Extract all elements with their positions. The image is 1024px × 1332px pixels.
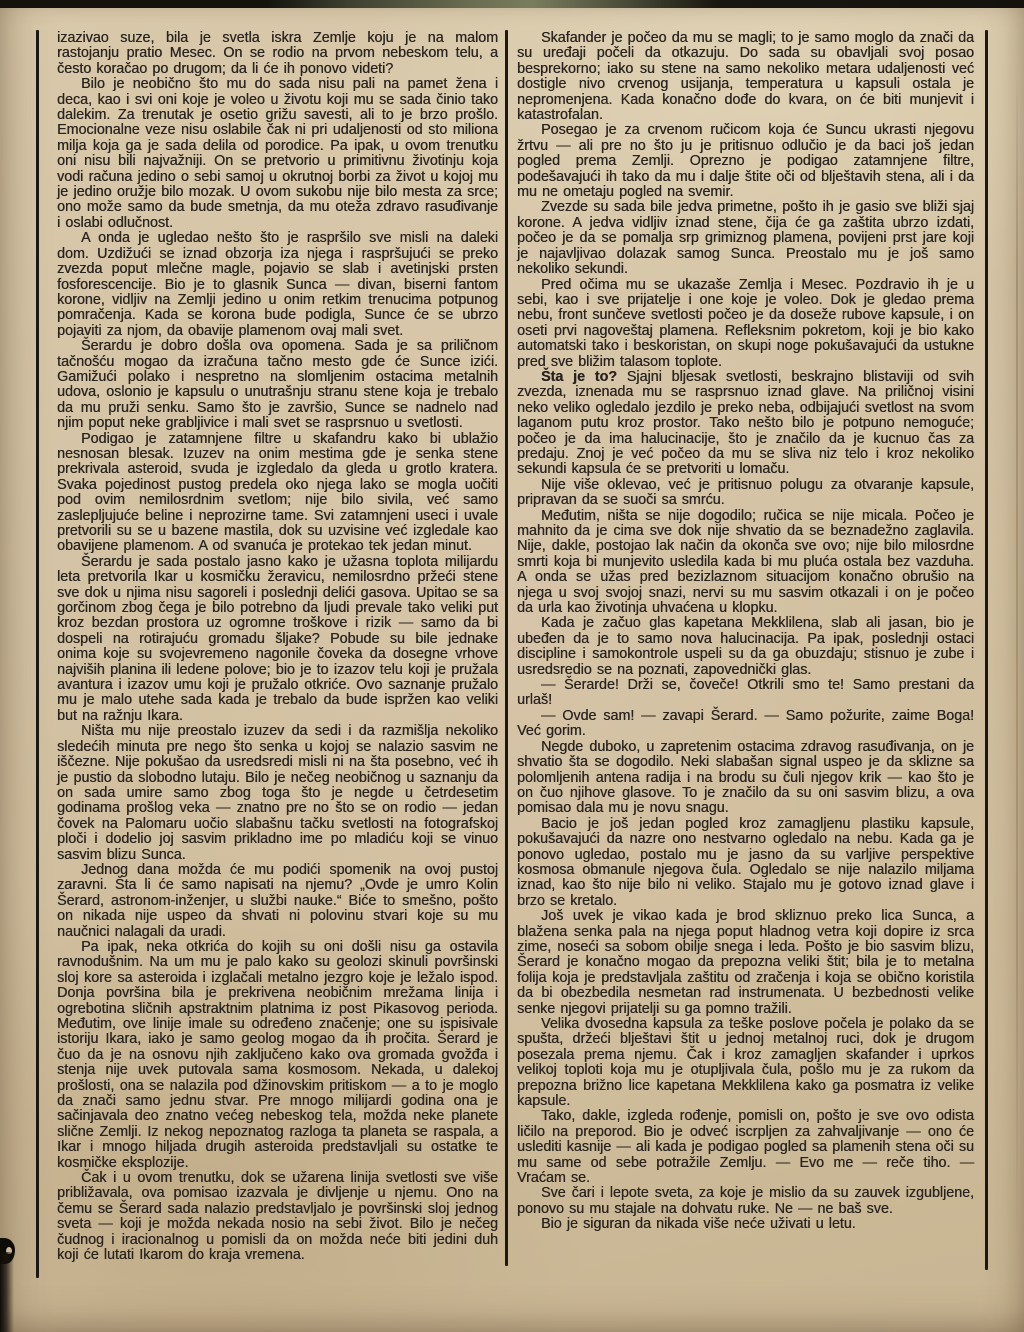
paragraph: Pa ipak, neka otkrića do kojih su oni do… [57, 940, 498, 1171]
paragraph: Još uvek je vikao kada je brod skliznuo … [517, 909, 974, 1017]
paragraph: Pred očima mu se ukazaše Zemlja i Mesec.… [517, 278, 974, 370]
column-rule-left [36, 30, 39, 1278]
paragraph: — Ovde sam! — zavapi Šerard. — Samo požu… [517, 709, 974, 740]
paragraph: Sve čari i lepote sveta, za koje je misl… [517, 1186, 974, 1217]
scan-edge-top [0, 0, 1024, 8]
left-column: izazivao suze, bila je svetla iskra Zeml… [57, 31, 498, 1264]
scanned-page: izazivao suze, bila je svetla iskra Zeml… [0, 0, 1024, 1332]
paragraph: Međutim, ništa se nije dogodilo; ručica … [517, 509, 974, 617]
paragraph: Čak i u ovom trenutku, dok se užarena li… [57, 1171, 498, 1263]
paragraph: Bacio je još jedan pogled kroz zamagljen… [517, 817, 974, 909]
paragraph: Jednog dana možda će mu podići spomenik … [57, 863, 498, 940]
paragraph: Tako, dakle, izgleda rođenje, pomisli on… [517, 1109, 974, 1186]
column-divider [505, 30, 508, 1266]
paragraph: Zvezde su sada bile jedva primetne, pošt… [517, 200, 974, 277]
paragraph: izazivao suze, bila je svetla iskra Zeml… [57, 31, 498, 77]
paragraph: Bio je siguran da nikada više neće uživa… [517, 1217, 974, 1232]
paragraph: Šta je to? Sjajni bljesak svetlosti, bes… [517, 370, 974, 478]
paragraph: — Šerarde! Drži se, čoveče! Otkrili smo … [517, 678, 974, 709]
paragraph-bold-lead: Šta je to? [541, 369, 617, 385]
paragraph: Ništa mu nije preostalo izuzev da sedi i… [57, 724, 498, 863]
column-rule-right [985, 30, 988, 1270]
paragraph: Bilo je neobično što mu do sada nisu pal… [57, 77, 498, 231]
left-edge-shadow [0, 1252, 14, 1332]
right-column: Skafander je počeo da mu se magli; to je… [517, 31, 974, 1233]
paragraph: Posegao je za crvenom ručicom koja će Su… [517, 123, 974, 200]
paragraph: Šerardu je sada postalo jasno kako je už… [57, 555, 498, 724]
paragraph: Velika dvosedna kapsula za teške poslove… [517, 1017, 974, 1109]
paragraph: A onda je ugledao nešto što je raspršilo… [57, 231, 498, 339]
paper-crease [1016, 60, 1018, 1240]
paragraph: Negde duboko, u zapretenim ostacima zdra… [517, 740, 974, 817]
paragraph: Podigao je zatamnjene filtre u skafandru… [57, 432, 498, 555]
paragraph: Skafander je počeo da mu se magli; to je… [517, 31, 974, 123]
paragraph: Kada je začuo glas kapetana Mekklilena, … [517, 616, 974, 678]
paragraph: Nije više oklevao, već je pritisnuo polu… [517, 478, 974, 509]
paragraph: Šerardu je dobro došla ova opomena. Sada… [57, 339, 498, 431]
